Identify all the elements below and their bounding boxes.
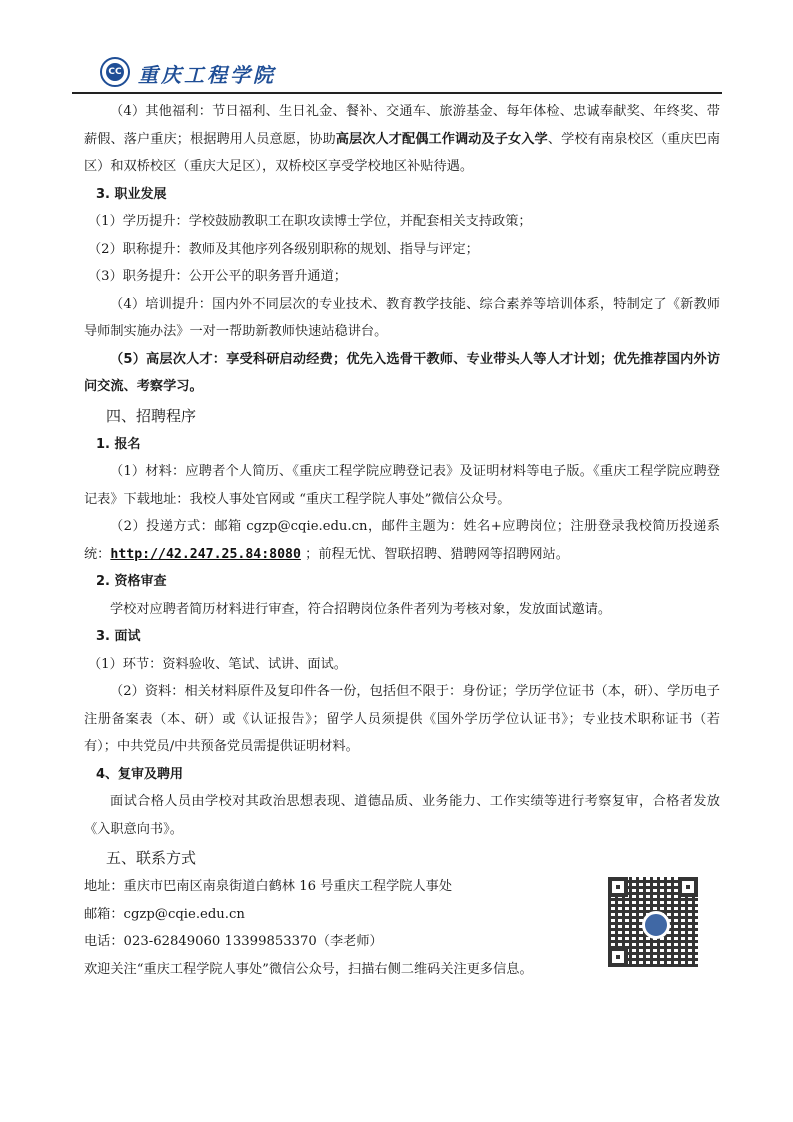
document-body: （4）其他福利：节日福利、生日礼金、餐补、交通车、旅游基金、每年体检、忠诚奉献奖… xyxy=(84,98,720,983)
resume-system-link[interactable]: http://42.247.25.84:8080 xyxy=(110,547,301,562)
welfare-item-4: （4）其他福利：节日福利、生日礼金、餐补、交通车、旅游基金、每年体检、忠诚奉献奖… xyxy=(84,98,720,181)
signup-delivery: （2）投递方式：邮箱 cgzp@cqie.edu.cn，邮件主题为：姓名+应聘岗… xyxy=(84,513,720,568)
career-item-2: （2）职称提升：教师及其他序列各级别职称的规划、指导与评定； xyxy=(84,236,720,264)
career-item-1: （1）学历提升：学校鼓励教职工在职攻读博士学位，并配套相关支持政策； xyxy=(84,208,720,236)
qr-finder-icon xyxy=(678,877,698,897)
subheading-signup: 1. 报名 xyxy=(84,431,720,459)
review-text: 学校对应聘者简历材料进行审查，符合招聘岗位条件者列为考核对象，发放面试邀请。 xyxy=(84,596,720,624)
emblem-letters: CC xyxy=(106,63,124,81)
section-heading-contact: 五、联系方式 xyxy=(84,843,720,873)
section-heading-procedure: 四、招聘程序 xyxy=(84,401,720,431)
contact-block: 地址：重庆市巴南区南泉街道白鹤林 16 号重庆工程学院人事处 邮箱：cgzp@c… xyxy=(84,873,720,983)
subheading-interview: 3. 面试 xyxy=(84,623,720,651)
interview-documents: （2）资料：相关材料原件及复印件各一份，包括但不限于：身份证；学历学位证书（本，… xyxy=(84,678,720,761)
career-item-3: （3）职务提升：公开公平的职务晋升通道； xyxy=(84,263,720,291)
subheading-hire: 4、复审及聘用 xyxy=(84,761,720,789)
qr-center-emblem-icon xyxy=(642,911,670,939)
career-item-4: （4）培训提升：国内外不同层次的专业技术、教育教学技能、综合素养等培训体系，特制… xyxy=(84,291,720,346)
section-heading-career: 3. 职业发展 xyxy=(84,181,720,209)
header-divider xyxy=(72,92,722,94)
welfare-bold-text: 高层次人才配偶工作调动及子女入学 xyxy=(336,132,548,147)
hire-text: 面试合格人员由学校对其政治思想表现、道德品质、业务能力、工作实绩等进行考察复审，… xyxy=(84,788,720,843)
wechat-qr-code-icon xyxy=(608,877,698,967)
interview-stages: （1）环节：资料验收、笔试、试讲、面试。 xyxy=(84,651,720,679)
page-header: CC 重庆工程学院 xyxy=(88,55,708,91)
subheading-review: 2. 资格审查 xyxy=(84,568,720,596)
college-emblem-icon: CC xyxy=(100,57,130,87)
qr-finder-icon xyxy=(608,947,628,967)
qr-finder-icon xyxy=(608,877,628,897)
signup-materials: （1）材料：应聘者个人简历、《重庆工程学院应聘登记表》及证明材料等电子版。《重庆… xyxy=(84,458,720,513)
institution-name: 重庆工程学院 xyxy=(138,59,276,88)
career-item-5: （5）高层次人才：享受科研启动经费；优先入选骨干教师、专业带头人等人才计划；优先… xyxy=(84,346,720,401)
